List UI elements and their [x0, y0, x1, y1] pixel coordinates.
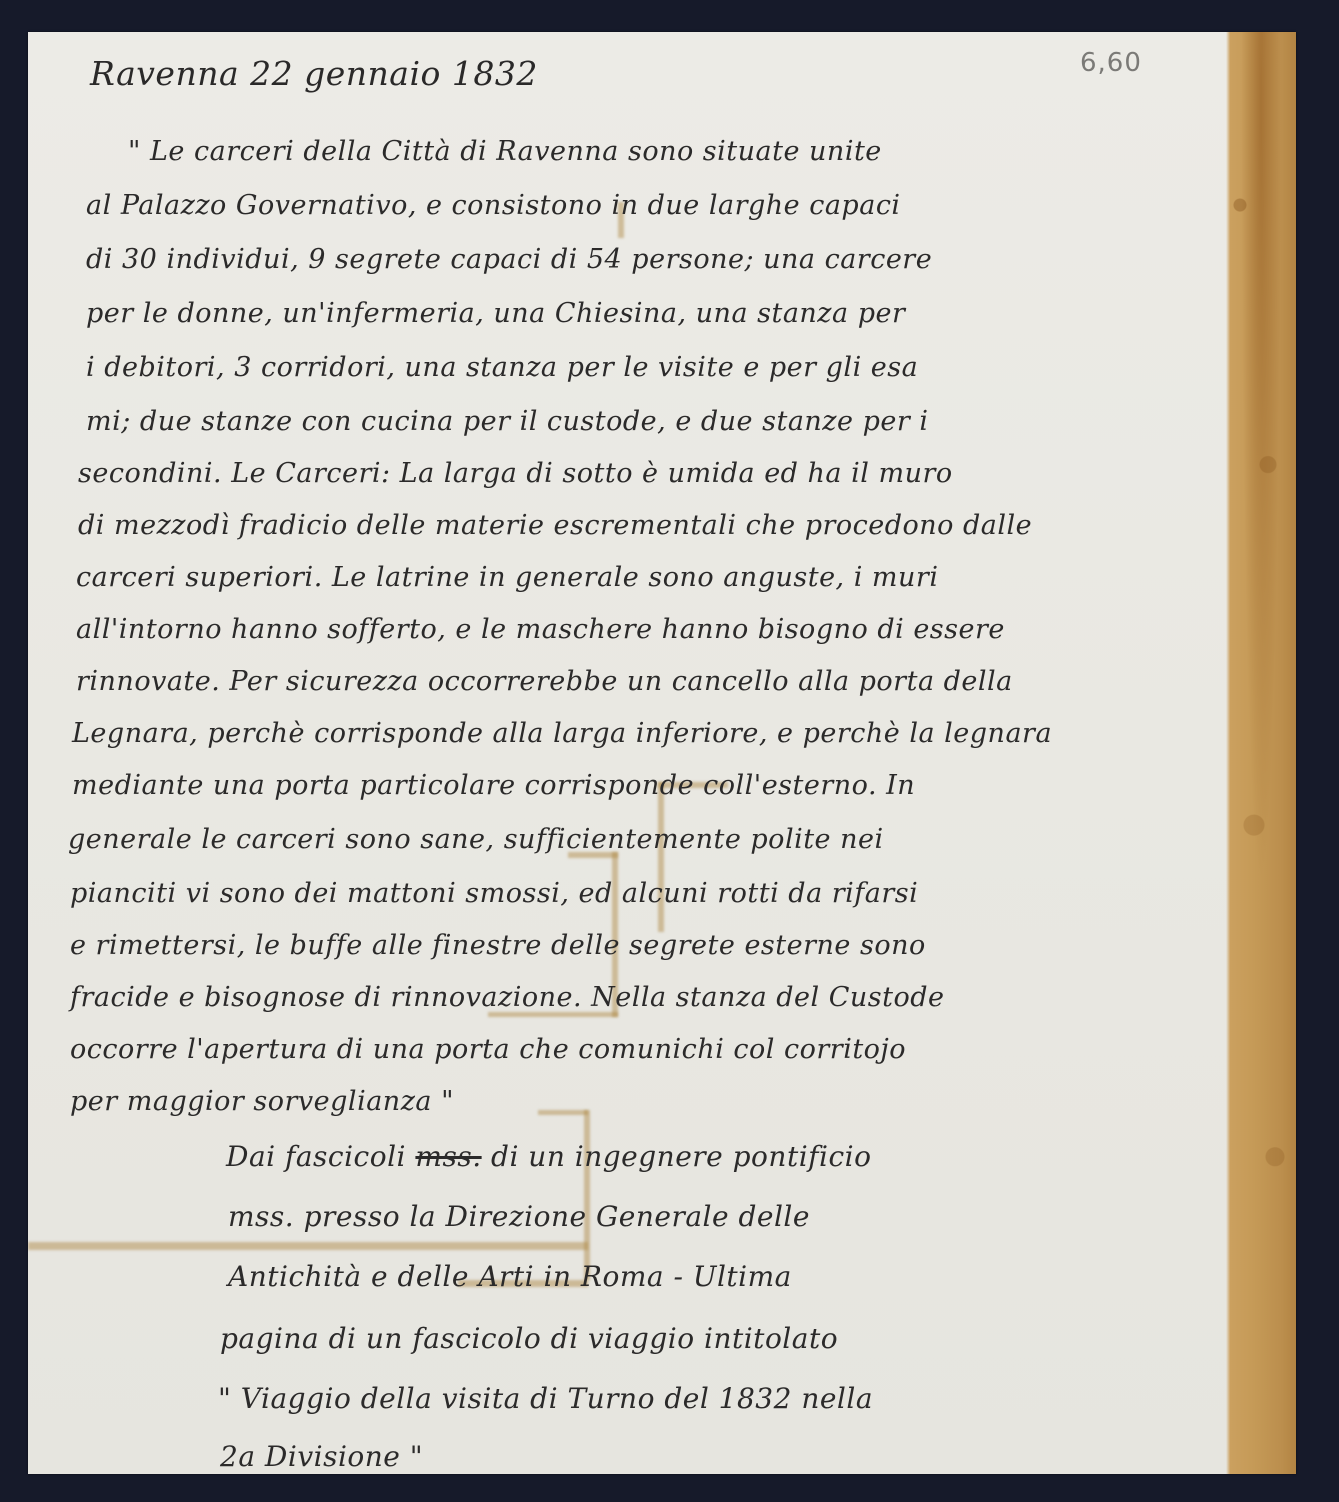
text-line: 2a Divisione ": [220, 1440, 423, 1473]
manuscript-page: Ravenna 22 gennaio 1832 6,60 " Le carcer…: [28, 32, 1296, 1474]
stain-mark: [584, 1110, 590, 1280]
text-line: mss. presso la Direzione Generale delle: [228, 1200, 810, 1233]
text-line: pagina di un fascicolo di viaggio intito…: [220, 1322, 838, 1355]
text-segment: Dai fascicoli: [226, 1140, 415, 1173]
text-line: al Palazzo Governativo, e consistono in …: [86, 190, 901, 221]
text-line: all'intorno hanno sofferto, e le mascher…: [76, 614, 1005, 645]
stain-mark: [28, 1242, 588, 1250]
text-line: rinnovate. Per sicurezza occorrerebbe un…: [76, 666, 1013, 697]
text-line: carceri superiori. Le latrine in general…: [76, 562, 938, 593]
text-line: occorre l'apertura di una porta che comu…: [70, 1034, 906, 1065]
text-line: Legnara, perchè corrisponde alla larga i…: [72, 718, 1052, 749]
text-line: fracide e bisognose di rinnovazione. Nel…: [70, 982, 945, 1013]
text-line: e rimettersi, le buffe alle finestre del…: [70, 930, 926, 961]
text-line: pianciti vi sono dei mattoni smossi, ed …: [70, 878, 918, 909]
text-line: i debitori, 3 corridori, una stanza per …: [86, 352, 918, 383]
stain-mark: [538, 1110, 588, 1115]
text-line: per maggior sorveglianza ": [70, 1086, 454, 1117]
folio-number: 6,60: [1080, 48, 1142, 78]
text-line: per le donne, un'infermeria, una Chiesin…: [86, 298, 905, 329]
right-edge-stain: [1226, 32, 1296, 1474]
place-date-heading: Ravenna 22 gennaio 1832: [90, 54, 538, 93]
text-line: mi; due stanze con cucina per il custode…: [86, 406, 928, 437]
text-line: di 30 individui, 9 segrete capaci di 54 …: [86, 244, 932, 275]
text-segment: di un ingegnere pontificio: [482, 1140, 872, 1173]
text-line: " Le carceri della Città di Ravenna sono…: [128, 136, 882, 167]
text-line: secondini. Le Carceri: La larga di sotto…: [78, 458, 953, 489]
stain-mark: [658, 782, 664, 932]
text-line: di mezzodì fradicio delle materie escrem…: [78, 510, 1032, 541]
text-line: Antichità e delle Arti in Roma - Ultima: [228, 1260, 792, 1293]
text-line: Dai fascicoli mss. di un ingegnere ponti…: [226, 1140, 871, 1173]
text-line: generale le carceri sono sane, sufficien…: [68, 824, 884, 855]
text-line: mediante una porta particolare corrispon…: [72, 770, 915, 801]
text-line: " Viaggio della visita di Turno del 1832…: [218, 1382, 873, 1415]
struck-word: mss.: [415, 1140, 481, 1173]
